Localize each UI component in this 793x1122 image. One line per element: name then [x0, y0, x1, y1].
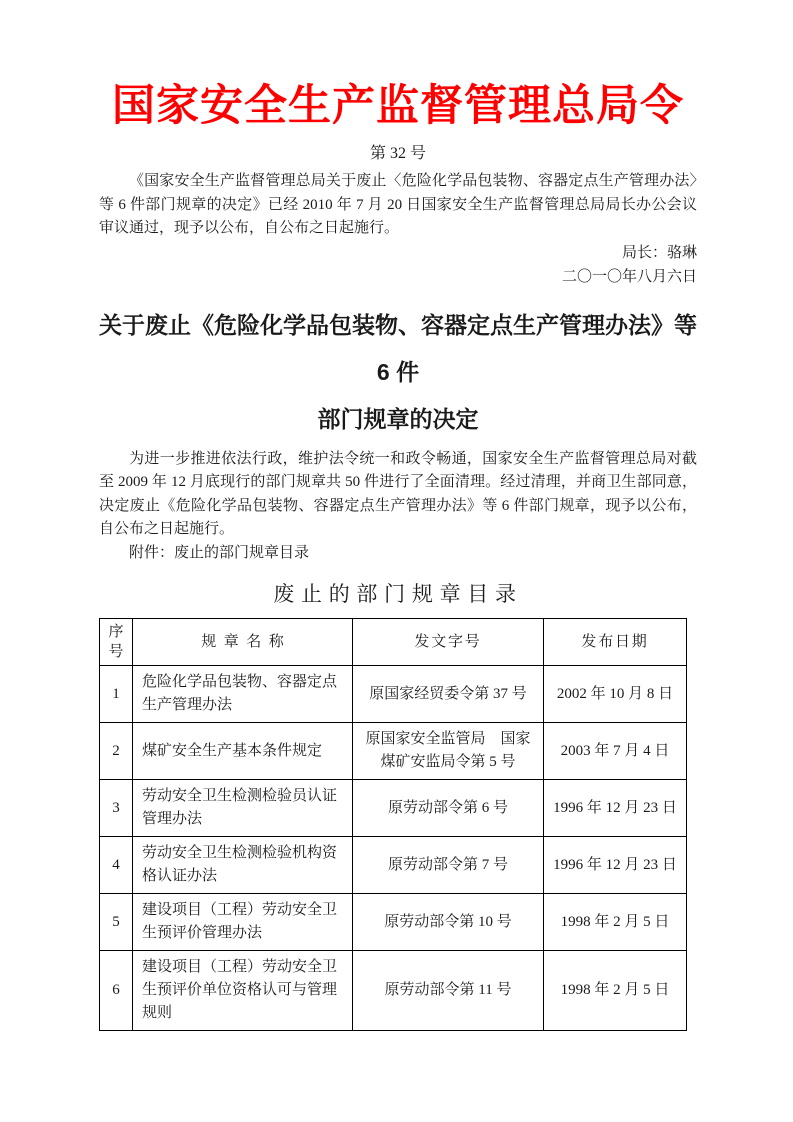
row-regulation-name: 劳动安全卫生检测检验员认证管理办法: [133, 780, 353, 837]
signature-date: 二〇一〇年八月六日: [99, 265, 697, 289]
row-document-number: 原劳动部令第 11 号: [353, 951, 544, 1031]
row-document-number: 原劳动部令第 6 号: [353, 780, 544, 837]
row-document-number: 原国家经贸委令第 37 号: [353, 666, 544, 723]
decision-title: 关于废止《危险化学品包装物、容器定点生产管理办法》等 6 件 部门规章的决定: [99, 302, 697, 443]
header-publish-date: 发布日期: [544, 619, 687, 666]
row-regulation-name: 煤矿安全生产基本条件规定: [133, 723, 353, 780]
table-row: 6建设项目（工程）劳动安全卫生预评价单位资格认可与管理规则原劳动部令第 11 号…: [100, 951, 687, 1031]
row-publish-date: 2002 年 10 月 8 日: [544, 666, 687, 723]
repealed-regulations-table: 序号 规章名称 发文字号 发布日期 1危险化学品包装物、容器定点生产管理办法原国…: [99, 618, 687, 1031]
table-row: 1危险化学品包装物、容器定点生产管理办法原国家经贸委令第 37 号2002 年 …: [100, 666, 687, 723]
table-body: 1危险化学品包装物、容器定点生产管理办法原国家经贸委令第 37 号2002 年 …: [100, 666, 687, 1031]
decree-number: 第 32 号: [99, 143, 697, 165]
row-serial-number: 6: [100, 951, 133, 1031]
row-serial-number: 1: [100, 666, 133, 723]
agency-decree-title: 国家安全生产监督管理总局令: [99, 76, 697, 138]
row-publish-date: 1996 年 12 月 23 日: [544, 780, 687, 837]
table-row: 3劳动安全卫生检测检验员认证管理办法原劳动部令第 6 号1996 年 12 月 …: [100, 780, 687, 837]
row-serial-number: 5: [100, 894, 133, 951]
row-publish-date: 1996 年 12 月 23 日: [544, 837, 687, 894]
row-document-number: 原劳动部令第 7 号: [353, 837, 544, 894]
row-publish-date: 1998 年 2 月 5 日: [544, 951, 687, 1031]
table-row: 4劳动安全卫生检测检验机构资格认证办法原劳动部令第 7 号1996 年 12 月…: [100, 837, 687, 894]
table-row: 5建设项目（工程）劳动安全卫生预评价管理办法原劳动部令第 10 号1998 年 …: [100, 894, 687, 951]
decision-body-paragraph: 为进一步推进依法行政，维护法令统一和政令畅通，国家安全生产监督管理总局对截至 2…: [99, 448, 697, 542]
table-title: 废止的部门规章目录: [99, 578, 697, 608]
signature-signer: 局长：骆琳: [99, 241, 697, 265]
row-serial-number: 4: [100, 837, 133, 894]
header-document-number: 发文字号: [353, 619, 544, 666]
preamble-paragraph: 《国家安全生产监督管理总局关于废止〈危险化学品包装物、容器定点生产管理办法〉等 …: [99, 170, 697, 241]
row-regulation-name: 建设项目（工程）劳动安全卫生预评价管理办法: [133, 894, 353, 951]
header-regulation-name: 规章名称: [133, 619, 353, 666]
row-document-number: 原劳动部令第 10 号: [353, 894, 544, 951]
row-document-number: 原国家安全监管局 国家煤矿安监局令第 5 号: [353, 723, 544, 780]
row-serial-number: 2: [100, 723, 133, 780]
table-row: 2煤矿安全生产基本条件规定原国家安全监管局 国家煤矿安监局令第 5 号2003 …: [100, 723, 687, 780]
row-regulation-name: 劳动安全卫生检测检验机构资格认证办法: [133, 837, 353, 894]
decision-title-line1: 关于废止《危险化学品包装物、容器定点生产管理办法》等 6 件: [99, 302, 697, 396]
row-serial-number: 3: [100, 780, 133, 837]
attachment-line: 附件：废止的部门规章目录: [99, 542, 697, 566]
document-page: 国家安全生产监督管理总局令 第 32 号 《国家安全生产监督管理总局关于废止〈危…: [0, 0, 793, 1122]
row-regulation-name: 危险化学品包装物、容器定点生产管理办法: [133, 666, 353, 723]
table-header-row: 序号 规章名称 发文字号 发布日期: [100, 619, 687, 666]
row-publish-date: 2003 年 7 月 4 日: [544, 723, 687, 780]
decision-title-line2: 部门规章的决定: [99, 396, 697, 443]
header-serial-number: 序号: [100, 619, 133, 666]
row-publish-date: 1998 年 2 月 5 日: [544, 894, 687, 951]
row-regulation-name: 建设项目（工程）劳动安全卫生预评价单位资格认可与管理规则: [133, 951, 353, 1031]
